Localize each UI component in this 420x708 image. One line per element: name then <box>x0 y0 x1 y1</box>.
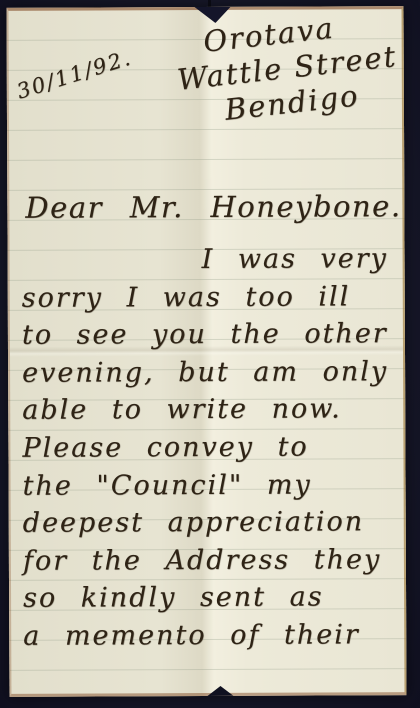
photo-backdrop: 30/11/92. Orotava Wattle Street Bendigo … <box>0 0 420 708</box>
body-line: evening, but am only <box>22 356 397 395</box>
body-line: sorry I was too ill <box>22 281 397 320</box>
letter-date: 30/11/92. <box>14 45 135 103</box>
body-line: Please convey to <box>22 431 397 470</box>
sender-address: Orotava Wattle Street Bendigo <box>172 4 408 133</box>
body-line: the "Council" my <box>23 469 398 508</box>
body-line: I was very <box>22 243 397 282</box>
letter-paper: 30/11/92. Orotava Wattle Street Bendigo … <box>6 6 406 697</box>
letter-body: I was very sorry I was too ill to see yo… <box>22 243 399 658</box>
body-line: so kindly sent as <box>23 582 398 621</box>
body-line: for the Address they <box>23 544 398 583</box>
body-line: to see you the other <box>22 318 397 357</box>
body-line: deepest appreciation <box>23 506 398 545</box>
paper-fold-notch-top <box>194 7 230 23</box>
body-line: a memento of their <box>23 619 398 658</box>
body-line: able to write now. <box>22 394 397 433</box>
salutation: Dear Mr. Honeybone. <box>25 189 401 225</box>
paper-fold-notch-bottom <box>207 686 233 696</box>
